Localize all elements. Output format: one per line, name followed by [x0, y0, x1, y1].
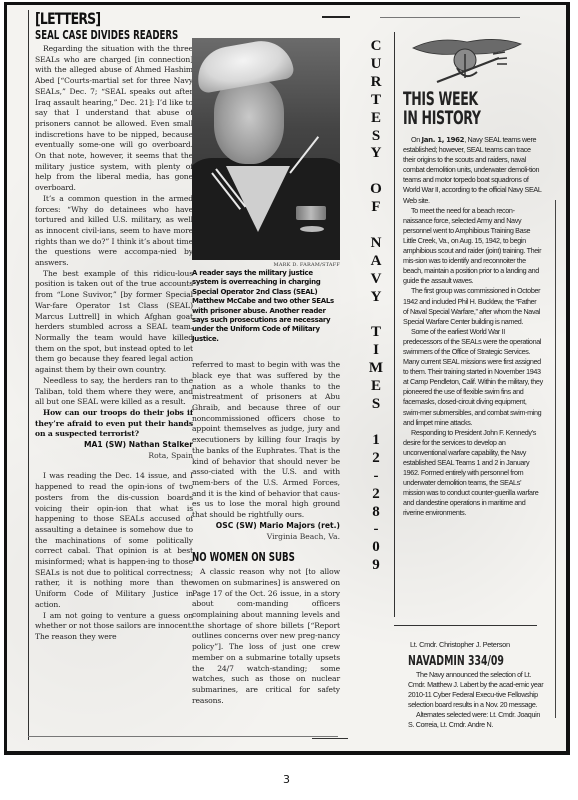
history-body: On Jan. 1, 1962, Navy SEAL teams were es… — [403, 135, 543, 519]
courtesy-letter: R — [366, 74, 386, 92]
courtesy-vertical-text: CURTESYOFNAVYTIMES12-28-09 — [366, 38, 386, 575]
history-author: Lt. Cmdr. Christopher J. Peterson — [410, 640, 510, 649]
paragraph: Responding to President John F. Kennedy’… — [403, 428, 543, 519]
courtesy-spacer — [366, 414, 386, 432]
divider — [380, 17, 520, 18]
letter-signature: MA1 (SW) Nathan Stalker — [35, 440, 193, 451]
courtesy-letter: - — [366, 521, 386, 539]
letter-one: Regarding the situation with the three S… — [35, 44, 193, 440]
photo-credit: MARK D. FARAM/STAFF — [192, 262, 340, 268]
divider — [28, 736, 338, 737]
divider — [555, 200, 556, 718]
newspaper-page: [LETTERS] SEAL CASE DIVIDES READERS Rega… — [0, 0, 578, 800]
courtesy-letter: 0 — [366, 539, 386, 557]
courtesy-letter: O — [366, 181, 386, 199]
seal-insignia-icon — [296, 206, 326, 220]
courtesy-letter: 9 — [366, 557, 386, 575]
navadmin-section: NAVADMIN 334/09 The Navy announced the s… — [408, 655, 546, 731]
paragraph: I was reading the Dec. 14 issue, and I h… — [35, 471, 193, 610]
paragraph: The first group was commissioned in Octo… — [403, 286, 543, 326]
courtesy-letter: T — [366, 324, 386, 342]
courtesy-letter: S — [366, 396, 386, 414]
letter-location: Rota, Spain — [35, 451, 193, 462]
photo-caption: A reader says the military justice syste… — [192, 269, 340, 344]
courtesy-letter: 8 — [366, 504, 386, 522]
paragraph: On Jan. 1, 1962, Navy SEAL teams were es… — [403, 135, 543, 206]
navadmin-title: NAVADMIN 334/09 — [408, 655, 507, 669]
letter-two-continued: referred to mast to begin with was the b… — [192, 360, 340, 521]
courtesy-letter: I — [366, 342, 386, 360]
courtesy-letter: Y — [366, 145, 386, 163]
letter-two-start: I was reading the Dec. 14 issue, and I h… — [35, 471, 193, 642]
courtesy-letter: V — [366, 271, 386, 289]
paragraph: I am not going to venture a guess on whe… — [35, 611, 193, 643]
paragraph: Regarding the situation with the three S… — [35, 44, 193, 194]
history-column: THIS WEEK IN HISTORY On Jan. 1, 1962, Na… — [394, 32, 543, 617]
courtesy-letter: - — [366, 468, 386, 486]
wings-insignia-icon — [300, 226, 324, 232]
courtesy-letter: 2 — [366, 486, 386, 504]
paragraph: The best example of this ridicu-lous pos… — [35, 269, 193, 376]
courtesy-letter: U — [366, 56, 386, 74]
courtesy-spacer — [366, 307, 386, 325]
letter-signature: OSC (SW) Mario Majors (ret.) — [192, 521, 340, 532]
paragraph: referred to mast to begin with was the b… — [192, 360, 340, 521]
courtesy-spacer — [366, 163, 386, 181]
courtesy-letter: Y — [366, 289, 386, 307]
letter-three: A classic reason why not [to allow women… — [192, 567, 340, 706]
paragraph: A classic reason why not [to allow women… — [192, 567, 340, 706]
divider — [312, 738, 348, 739]
paragraph: To meet the need for a beach recon-naiss… — [403, 206, 543, 287]
paragraph: Needless to say, the herders ran to the … — [35, 376, 193, 408]
section-tag: [LETTERS] — [35, 10, 158, 28]
courtesy-spacer — [366, 217, 386, 235]
middle-column: MARK D. FARAM/STAFF A reader says the mi… — [192, 38, 340, 706]
courtesy-letter: 2 — [366, 450, 386, 468]
history-title: THIS WEEK IN HISTORY — [403, 90, 495, 128]
navadmin-body: The Navy announced the selection of Lt. … — [408, 670, 546, 731]
sailor-photo — [192, 38, 340, 260]
letters-column: [LETTERS] SEAL CASE DIVIDES READERS Rega… — [28, 10, 193, 740]
courtesy-letter: M — [366, 360, 386, 378]
courtesy-letter: 1 — [366, 432, 386, 450]
paragraph: How can our troops do their jobs if they… — [35, 408, 193, 440]
divider — [394, 625, 537, 626]
courtesy-letter: C — [366, 38, 386, 56]
courtesy-letter: N — [366, 235, 386, 253]
paragraph: It’s a common question in the armed forc… — [35, 194, 193, 269]
paragraph: Alternates selected were: Lt. Cmdr. Joaq… — [408, 710, 546, 730]
page-number: 3 — [283, 773, 290, 786]
courtesy-letter: T — [366, 92, 386, 110]
courtesy-letter: A — [366, 253, 386, 271]
headline: NO WOMEN ON SUBS — [192, 550, 299, 564]
courtesy-letter: E — [366, 378, 386, 396]
letter-location: Virginia Beach, Va. — [192, 532, 340, 543]
seal-trident-emblem-icon — [407, 32, 527, 88]
paragraph: The Navy announced the selection of Lt. … — [408, 670, 546, 710]
courtesy-letter: S — [366, 128, 386, 146]
paragraph: Some of the earliest World War II predec… — [403, 327, 543, 428]
courtesy-letter: F — [366, 199, 386, 217]
headline: SEAL CASE DIVIDES READERS — [35, 28, 149, 43]
divider — [322, 16, 350, 18]
courtesy-letter: E — [366, 110, 386, 128]
